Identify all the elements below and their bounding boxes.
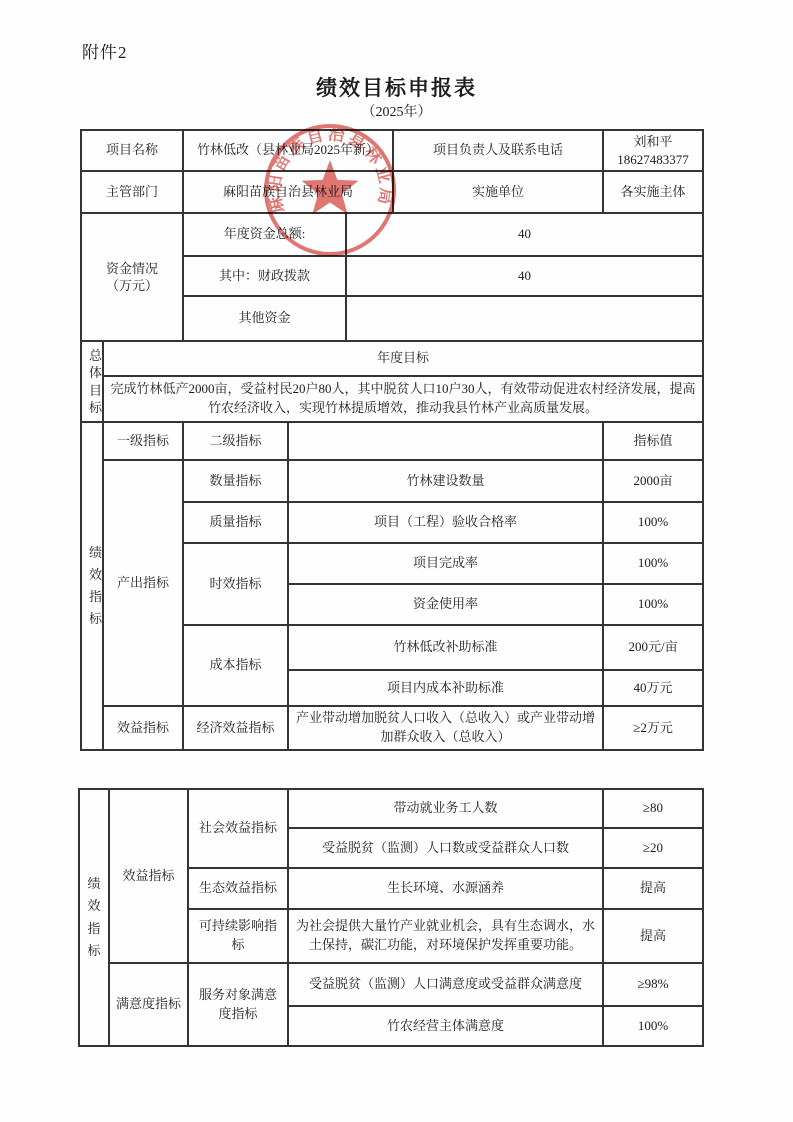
indicator-value: ≥2万元	[603, 706, 703, 750]
indicator-value: 100%	[603, 502, 703, 543]
indicator-name: 项目（工程）验收合格率	[288, 502, 603, 543]
indicator-name: 带动就业务工人数	[288, 789, 603, 828]
funding-fiscal-value: 40	[346, 256, 703, 296]
performance-side-label: 绩效指标	[79, 789, 109, 1046]
quality-indicator-label: 质量指标	[183, 502, 288, 543]
funding-other-label: 其他资金	[183, 296, 346, 341]
benefit-indicator-label: 效益指标	[109, 789, 188, 963]
annual-goal-header: 年度目标	[103, 341, 703, 376]
dept-value: 麻阳苗族自治县林业局	[183, 171, 393, 213]
table-row: 产出指标 数量指标 竹林建设数量 2000亩	[81, 460, 703, 502]
benefit-indicator-label: 效益指标	[103, 706, 183, 750]
project-name-label: 项目名称	[81, 130, 183, 171]
indicator-value: 40万元	[603, 670, 703, 706]
impl-value: 各实施主体	[603, 171, 703, 213]
table-row: 总体目标 年度目标	[81, 341, 703, 376]
indicator-name: 为社会提供大量竹产业就业机会，具有生态调水，水土保持，碳汇功能，对环境保护发挥重…	[288, 909, 603, 963]
table-row: 项目名称 竹林低改（县林业局2025年新） 项目负责人及联系电话 刘和平 186…	[81, 130, 703, 171]
output-indicator-label: 产出指标	[103, 460, 183, 706]
economic-benefit-label: 经济效益指标	[183, 706, 288, 750]
funding-total-value: 40	[346, 213, 703, 256]
manager-name: 刘和平	[610, 133, 696, 151]
indicator-name: 项目内成本补助标准	[288, 670, 603, 706]
indicator-name: 产业带动增加脱贫人口收入（总收入）或产业带动增加群众收入（总收入）	[288, 706, 603, 750]
performance-side-text: 绩效指标	[88, 542, 103, 630]
satisfaction-indicator-label: 满意度指标	[109, 963, 188, 1046]
annual-goal-content: 完成竹林低产2000亩，受益村民20户80人，其中脱贫人口10户30人，有效带动…	[103, 376, 703, 422]
header-blank-cell	[288, 422, 603, 460]
indicator-name: 项目完成率	[288, 543, 603, 584]
attachment-label: 附件2	[82, 38, 128, 63]
manager-label: 项目负责人及联系电话	[393, 130, 603, 171]
performance-declaration-table: 项目名称 竹林低改（县林业局2025年新） 项目负责人及联系电话 刘和平 186…	[80, 129, 704, 751]
performance-side-label: 绩效指标	[81, 422, 103, 750]
overall-goal-side-label: 总体目标	[81, 341, 103, 422]
indicator-name: 生长环境、水源涵养	[288, 868, 603, 909]
manager-value: 刘和平 18627483377	[603, 130, 703, 171]
project-name-value: 竹林低改（县林业局2025年新）	[183, 130, 393, 171]
performance-side-text: 绩效指标	[87, 873, 102, 961]
table-row: 资金情况 （万元） 年度资金总额: 40	[81, 213, 703, 256]
indicator-name: 资金使用率	[288, 584, 603, 625]
indicator-name: 竹林建设数量	[288, 460, 603, 502]
indicator-value: ≥80	[603, 789, 703, 828]
table-row: 主管部门 麻阳苗族自治县林业局 实施单位 各实施主体	[81, 171, 703, 213]
table-row: 绩效指标 效益指标 社会效益指标 带动就业务工人数 ≥80	[79, 789, 703, 828]
service-satisfaction-label: 服务对象满意度指标	[188, 963, 288, 1046]
page-title: 绩效目标申报表	[0, 72, 793, 102]
level1-header: 一级指标	[103, 422, 183, 460]
table-row: 完成竹林低产2000亩，受益村民20户80人，其中脱贫人口10户30人，有效带动…	[81, 376, 703, 422]
dept-label: 主管部门	[81, 171, 183, 213]
table-row: 绩效指标 一级指标 二级指标 指标值	[81, 422, 703, 460]
funding-other-value	[346, 296, 703, 341]
impl-label: 实施单位	[393, 171, 603, 213]
indicator-value-header: 指标值	[603, 422, 703, 460]
indicator-value: 100%	[603, 543, 703, 584]
funding-fiscal-label: 其中：财政拨款	[183, 256, 346, 296]
indicator-value: 200元/亩	[603, 625, 703, 670]
indicator-value: ≥20	[603, 828, 703, 868]
page-subtitle: （2025年）	[0, 101, 793, 121]
overall-goal-side-text: 总体目标	[88, 347, 103, 417]
level2-header: 二级指标	[183, 422, 288, 460]
timeliness-indicator-label: 时效指标	[183, 543, 288, 625]
funding-total-label: 年度资金总额:	[183, 213, 346, 256]
table-row: 满意度指标 服务对象满意度指标 受益脱贫（监测）人口满意度或受益群众满意度 ≥9…	[79, 963, 703, 1006]
scanned-document-page: 附件2 绩效目标申报表 （2025年） 麻阳苗族自治县林业局 项目名称 竹林低改…	[0, 0, 793, 1122]
eco-benefit-label: 生态效益指标	[188, 868, 288, 909]
sustainability-indicator-label: 可持续影响指标	[188, 909, 288, 963]
indicator-value: ≥98%	[603, 963, 703, 1006]
indicator-name: 受益脱贫（监测）人口数或受益群众人口数	[288, 828, 603, 868]
indicator-value: 2000亩	[603, 460, 703, 502]
manager-phone: 18627483377	[610, 151, 696, 169]
indicator-name: 受益脱贫（监测）人口满意度或受益群众满意度	[288, 963, 603, 1006]
indicator-value: 100%	[603, 584, 703, 625]
indicator-value: 提高	[603, 868, 703, 909]
funding-label: 资金情况 （万元）	[81, 213, 183, 341]
funding-label-line2: （万元）	[88, 277, 176, 295]
social-benefit-label: 社会效益指标	[188, 789, 288, 868]
quantity-indicator-label: 数量指标	[183, 460, 288, 502]
indicator-name: 竹农经营主体满意度	[288, 1006, 603, 1046]
performance-declaration-table-continued: 绩效指标 效益指标 社会效益指标 带动就业务工人数 ≥80 受益脱贫（监测）人口…	[78, 788, 704, 1047]
table-row: 效益指标 经济效益指标 产业带动增加脱贫人口收入（总收入）或产业带动增加群众收入…	[81, 706, 703, 750]
indicator-name: 竹林低改补助标准	[288, 625, 603, 670]
indicator-value: 100%	[603, 1006, 703, 1046]
funding-label-line1: 资金情况	[88, 260, 176, 278]
indicator-value: 提高	[603, 909, 703, 963]
cost-indicator-label: 成本指标	[183, 625, 288, 706]
